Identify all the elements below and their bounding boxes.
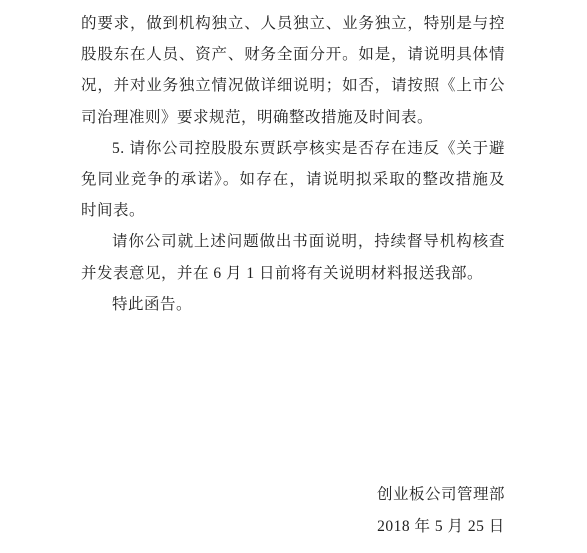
document-body: 的要求，做到机构独立、人员独立、业务独立，特别是与控股股东在人员、资产、财务全面… [81, 8, 505, 320]
signature-date: 2018 年 5 月 25 日 [377, 511, 505, 543]
paragraph-item-5: 5. 请你公司控股股东贾跃亭核实是否存在违反《关于避免同业竞争的承诺》。如存在，… [81, 133, 505, 227]
paragraph-continuation: 的要求，做到机构独立、人员独立、业务独立，特别是与控股股东在人员、资产、财务全面… [81, 8, 505, 133]
paragraph-written-statement-request: 请你公司就上述问题做出书面说明，持续督导机构核查并发表意见，并在 6 月 1 日… [81, 226, 505, 288]
signature-block: 创业板公司管理部 2018 年 5 月 25 日 [377, 479, 505, 543]
paragraph-closing: 特此函告。 [81, 289, 505, 320]
document-page: 的要求，做到机构独立、人员独立、业务独立，特别是与控股股东在人员、资产、财务全面… [0, 0, 587, 553]
signature-department: 创业板公司管理部 [377, 479, 505, 511]
